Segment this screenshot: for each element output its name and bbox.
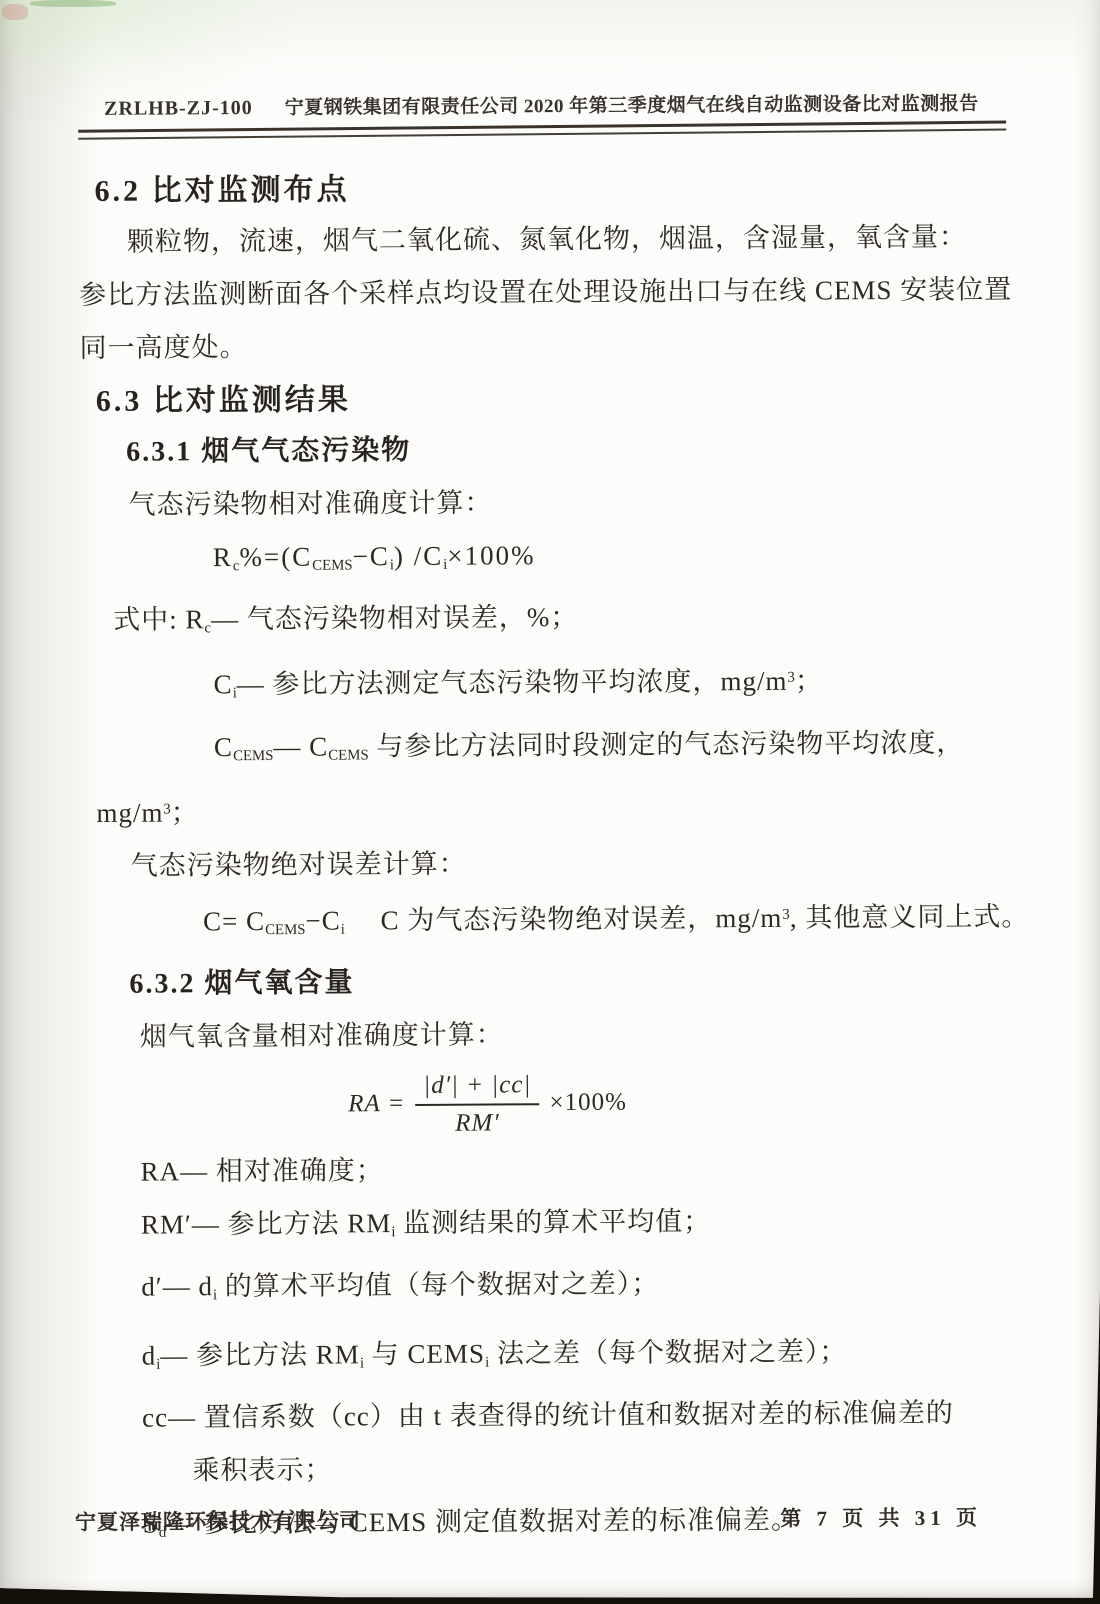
- formula-relative-error: Rc%=(CCEMS−Ci) /Ci×100%: [213, 535, 1017, 584]
- page-header: ZRLHB-ZJ-100 宁夏钢铁集团有限责任公司 2020 年第三季度烟气在线…: [78, 88, 1014, 121]
- section-6-3-1-heading: 6.3.1 烟气气态污染物: [126, 429, 1016, 469]
- scanned-report-photo: { "header": { "code": "ZRLHB-ZJ-100", "t…: [0, 0, 1100, 1604]
- definition-ci: Ci— 参比方法测定气态污染物平均浓度，mg/m3；: [213, 660, 1017, 712]
- definition-ra: RA— 相对准确度；: [140, 1150, 1020, 1190]
- paragraph-line: 颗粒物，流速，烟气二氧化硫、氮氧化物，烟温，含湿量，氧含量：: [127, 219, 1015, 259]
- paragraph-line: 同一高度处。: [79, 325, 1015, 366]
- definition-di: di— 参比方法 RMi 与 CEMSi 法之差（每个数据对之差）；: [142, 1333, 1022, 1383]
- definition-ccems-cont: mg/m3；: [96, 787, 1018, 831]
- section-6-2-heading: 6.2 比对监测布点: [94, 168, 1014, 209]
- header-rule: [78, 121, 1006, 140]
- paragraph-line: 烟气氧含量相对准确度计算：: [140, 1015, 1020, 1055]
- definition-cc-cont: 乘积表示；: [192, 1448, 1022, 1488]
- doc-title: 宁夏钢铁集团有限责任公司 2020 年第三季度烟气在线自动监测设备比对监测报告: [285, 88, 979, 119]
- page-content: ZRLHB-ZJ-100 宁夏钢铁集团有限责任公司 2020 年第三季度烟气在线…: [78, 88, 1023, 1569]
- paragraph-line: 气态污染物相对准确度计算：: [128, 482, 1016, 522]
- doc-code: ZRLHB-ZJ-100: [104, 97, 253, 121]
- definition-ccems: CCEMS— CCEMS 与参比方法同时段测定的气态污染物平均浓度，: [214, 725, 1018, 774]
- definition-d-prime: d′— di 的算术平均值（每个数据对之差）；: [141, 1265, 1021, 1315]
- formula-absolute-error: C= CCEMS−Ci C 为气态污染物绝对误差，mg/m3, 其他意义同上式。: [203, 896, 1019, 948]
- definition-rc: 式中: Rc— 气态污染物相对误差，%；: [113, 597, 1017, 647]
- section-6-3-heading: 6.3 比对监测结果: [96, 378, 1016, 419]
- footer-company: 宁夏泽瑞隆环保技术有限公司: [75, 1505, 361, 1536]
- definition-cc: cc— 置信系数（cc）由 t 表查得的统计值和数据对差的标准偏差的: [142, 1395, 1022, 1435]
- paragraph-line: 气态污染物绝对误差计算：: [131, 843, 1019, 883]
- footer-page-number: 第 7 页 共 31 页: [780, 1502, 982, 1533]
- definition-rm-prime: RM′— 参比方法 RMi 监测结果的算术平均值；: [141, 1203, 1021, 1253]
- scan-edge-mark: [30, 0, 116, 7]
- scan-edge-mark: [2, 4, 28, 20]
- formula-relative-accuracy: RA =|d′| + |cc|RM′×100%: [348, 1068, 1020, 1140]
- doc-body: 6.2 比对监测布点颗粒物，流速，烟气二氧化硫、氮氧化物，烟温，含湿量，氧含量：…: [78, 168, 1022, 1551]
- page-sheet: ZRLHB-ZJ-100 宁夏钢铁集团有限责任公司 2020 年第三季度烟气在线…: [0, 0, 1100, 1604]
- paragraph-line: 参比方法监测断面各个采样点均设置在处理设施出口与在线 CEMS 安装位置: [79, 272, 1015, 313]
- section-6-3-2-heading: 6.3.2 烟气氧含量: [129, 962, 1019, 1002]
- page-footer: 宁夏泽瑞隆环保技术有限公司 第 7 页 共 31 页: [75, 1502, 982, 1537]
